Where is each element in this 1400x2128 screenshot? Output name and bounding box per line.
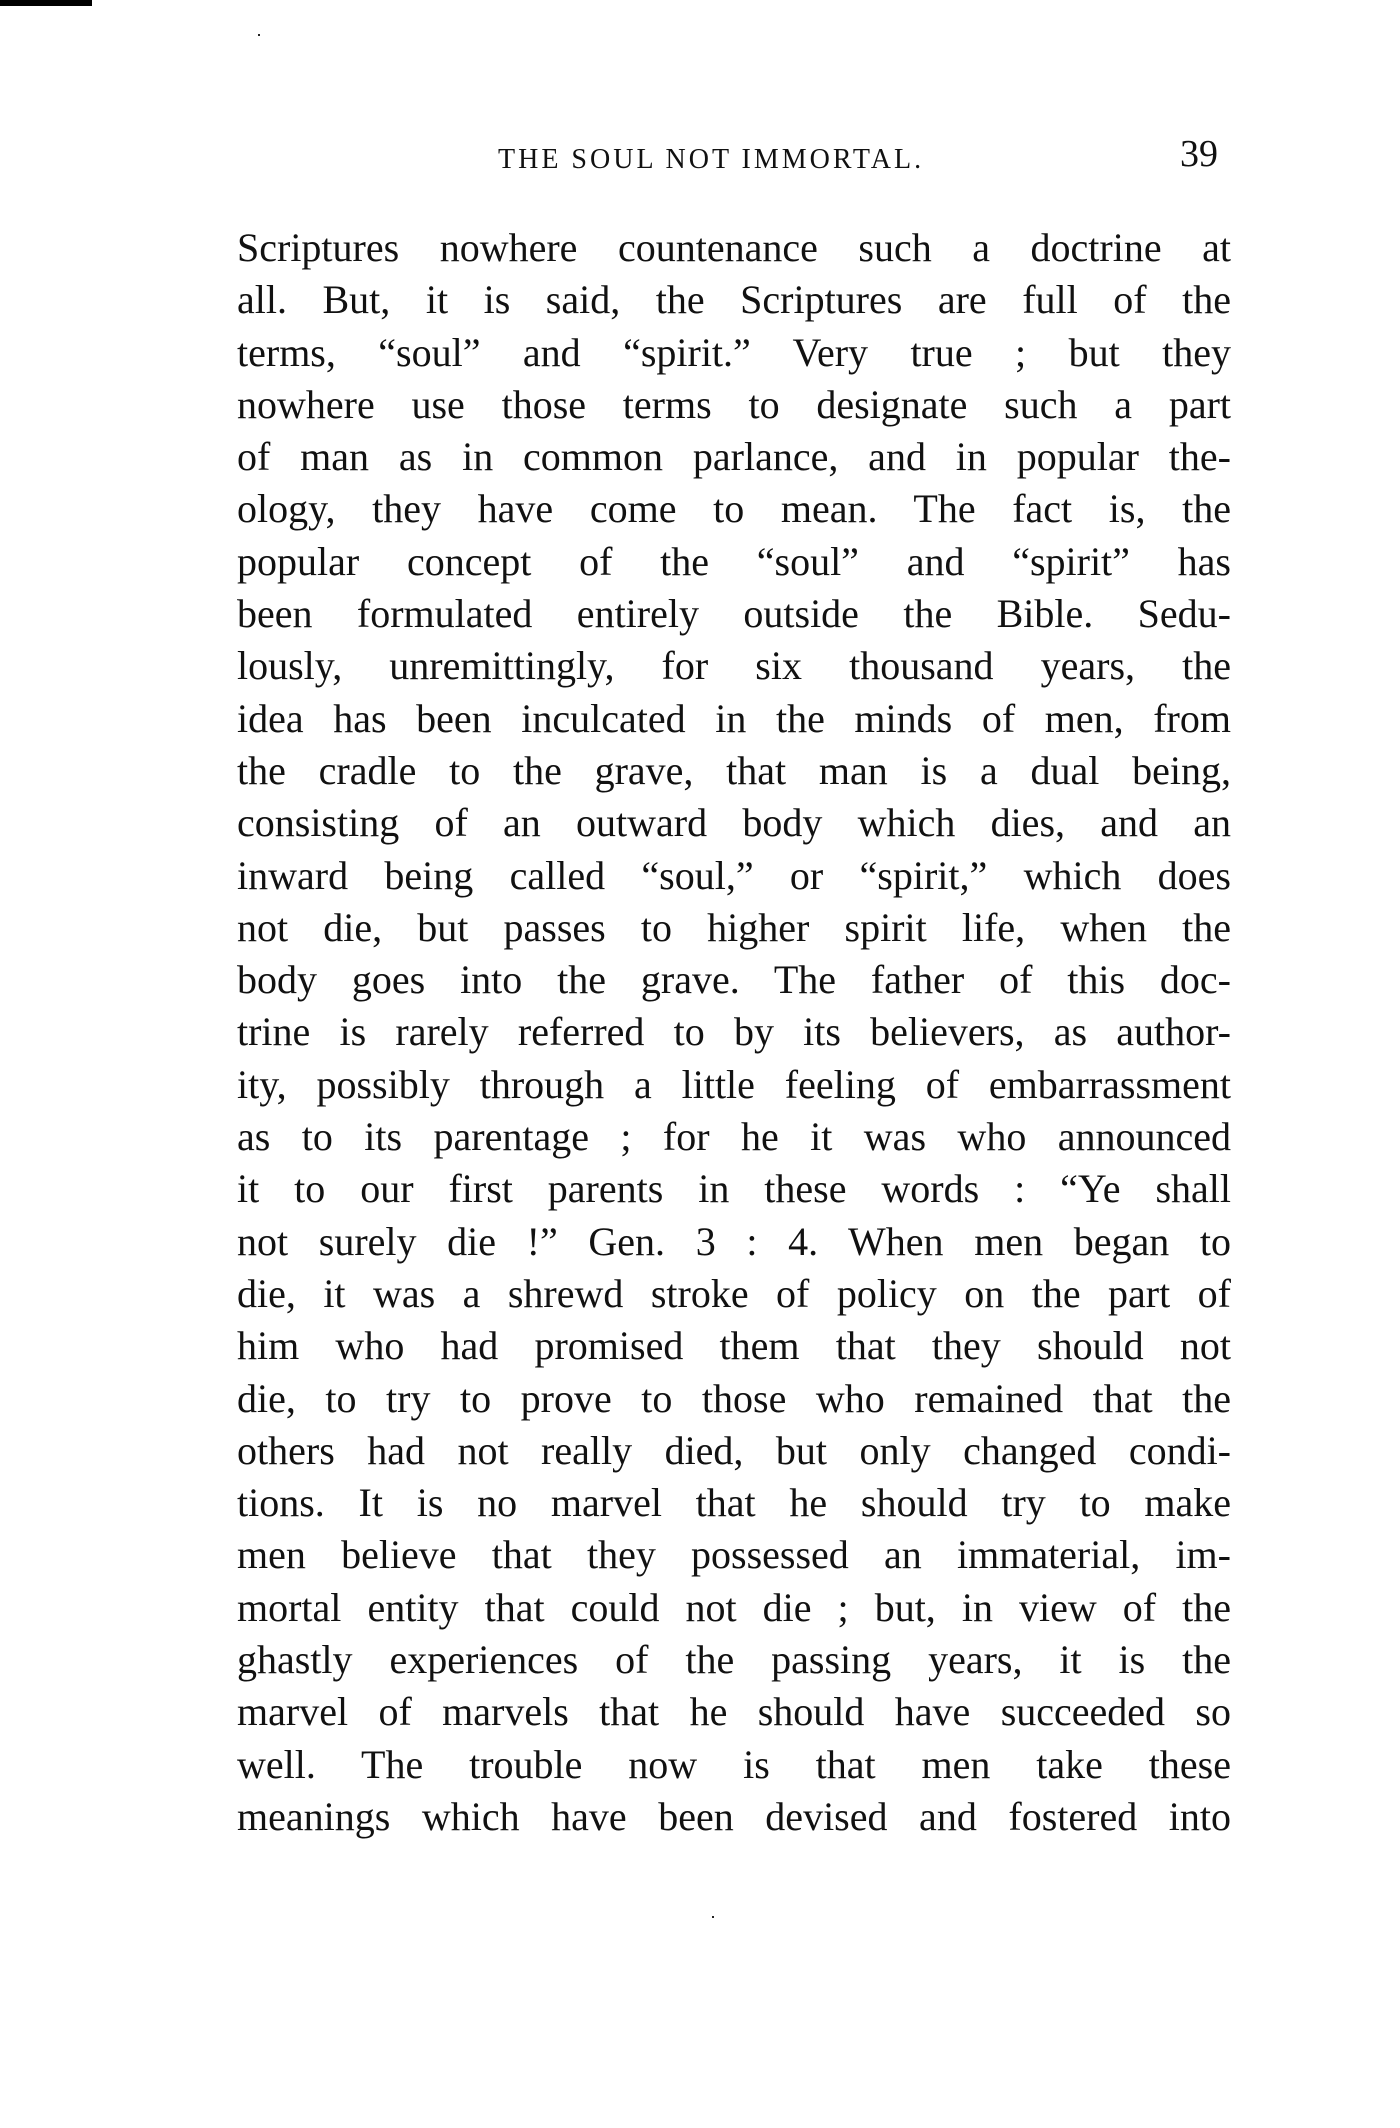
text-line: been formulated entirely outside the Bib… xyxy=(237,588,1231,640)
text-line: lously, unremittingly, for six thousand … xyxy=(237,640,1231,692)
text-line: idea has been inculcated in the minds of… xyxy=(237,693,1231,745)
body-text: Scriptures nowhere countenance such a do… xyxy=(237,222,1237,1843)
paper-speck xyxy=(258,34,260,36)
text-line: Scriptures nowhere countenance such a do… xyxy=(237,222,1231,274)
text-line: ghastly experiences of the passing years… xyxy=(237,1634,1231,1686)
text-line: popular concept of the “soul” and “spiri… xyxy=(237,536,1231,588)
text-line: all. But, it is said, the Scriptures are… xyxy=(237,274,1231,326)
text-line: tions. It is no marvel that he should tr… xyxy=(237,1477,1231,1529)
text-line: trine is rarely referred to by its belie… xyxy=(237,1006,1231,1058)
text-line: terms, “soul” and “spirit.” Very true ; … xyxy=(237,327,1231,379)
text-line: of man as in common parlance, and in pop… xyxy=(237,431,1231,483)
text-line: the cradle to the grave, that man is a d… xyxy=(237,745,1231,797)
running-title: THE SOUL NOT IMMORTAL. xyxy=(498,144,924,176)
text-line: not surely die !” Gen. 3 : 4. When men b… xyxy=(237,1216,1231,1268)
text-line: consisting of an outward body which dies… xyxy=(237,797,1231,849)
text-line: others had not really died, but only cha… xyxy=(237,1425,1231,1477)
text-line: inward being called “soul,” or “spirit,”… xyxy=(237,850,1231,902)
text-line: die, it was a shrewd stroke of policy on… xyxy=(237,1268,1231,1320)
text-line: ology, they have come to mean. The fact … xyxy=(237,483,1231,535)
text-line: well. The trouble now is that men take t… xyxy=(237,1739,1231,1791)
running-head: THE SOUL NOT IMMORTAL. 39 xyxy=(240,138,1240,178)
page-number: 39 xyxy=(1180,132,1218,176)
text-line: not die, but passes to higher spirit lif… xyxy=(237,902,1231,954)
scan-edge-mark xyxy=(0,0,92,6)
text-line: him who had promised them that they shou… xyxy=(237,1320,1231,1372)
text-line: men believe that they possessed an immat… xyxy=(237,1529,1231,1581)
text-line: it to our first parents in these words :… xyxy=(237,1163,1231,1215)
text-line: marvel of marvels that he should have su… xyxy=(237,1686,1231,1738)
text-line: mortal entity that could not die ; but, … xyxy=(237,1582,1231,1634)
text-line: die, to try to prove to those who remain… xyxy=(237,1373,1231,1425)
text-line: as to its parentage ; for he it was who … xyxy=(237,1111,1231,1163)
text-line: ity, possibly through a little feeling o… xyxy=(237,1059,1231,1111)
paper-speck xyxy=(712,1916,714,1918)
text-line: meanings which have been devised and fos… xyxy=(237,1791,1231,1843)
text-line: nowhere use those terms to designate suc… xyxy=(237,379,1231,431)
text-line: body goes into the grave. The father of … xyxy=(237,954,1231,1006)
